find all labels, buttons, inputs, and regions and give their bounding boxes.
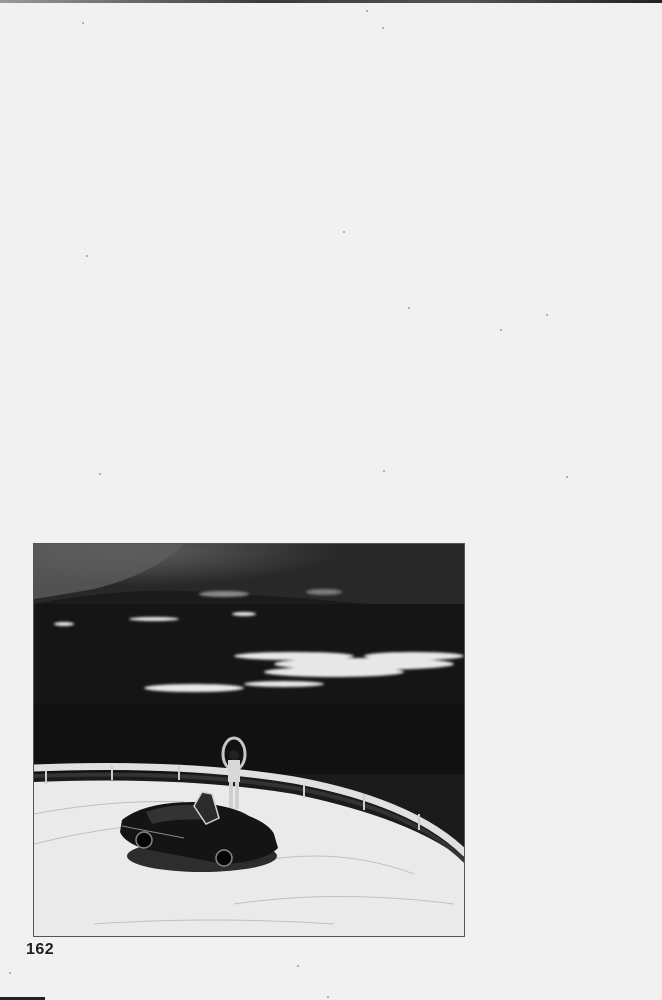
scan-speck [327, 996, 329, 998]
scan-speck [408, 307, 410, 309]
car-overlook-photo [33, 543, 465, 937]
scan-speck [566, 476, 568, 478]
page-number: 162 [26, 941, 54, 959]
scan-speck [500, 329, 502, 331]
scan-speck [382, 27, 384, 29]
scan-speck [9, 972, 11, 974]
scan-speck [82, 22, 84, 24]
scan-speck [366, 10, 368, 12]
scan-speck [99, 473, 101, 475]
scan-speck [297, 965, 299, 967]
scan-speck [343, 231, 345, 233]
photo-illustration [34, 544, 465, 937]
scan-speck [86, 255, 88, 257]
scan-edge-top [0, 0, 662, 3]
scan-speck [383, 470, 385, 472]
scan-speck [546, 314, 548, 316]
